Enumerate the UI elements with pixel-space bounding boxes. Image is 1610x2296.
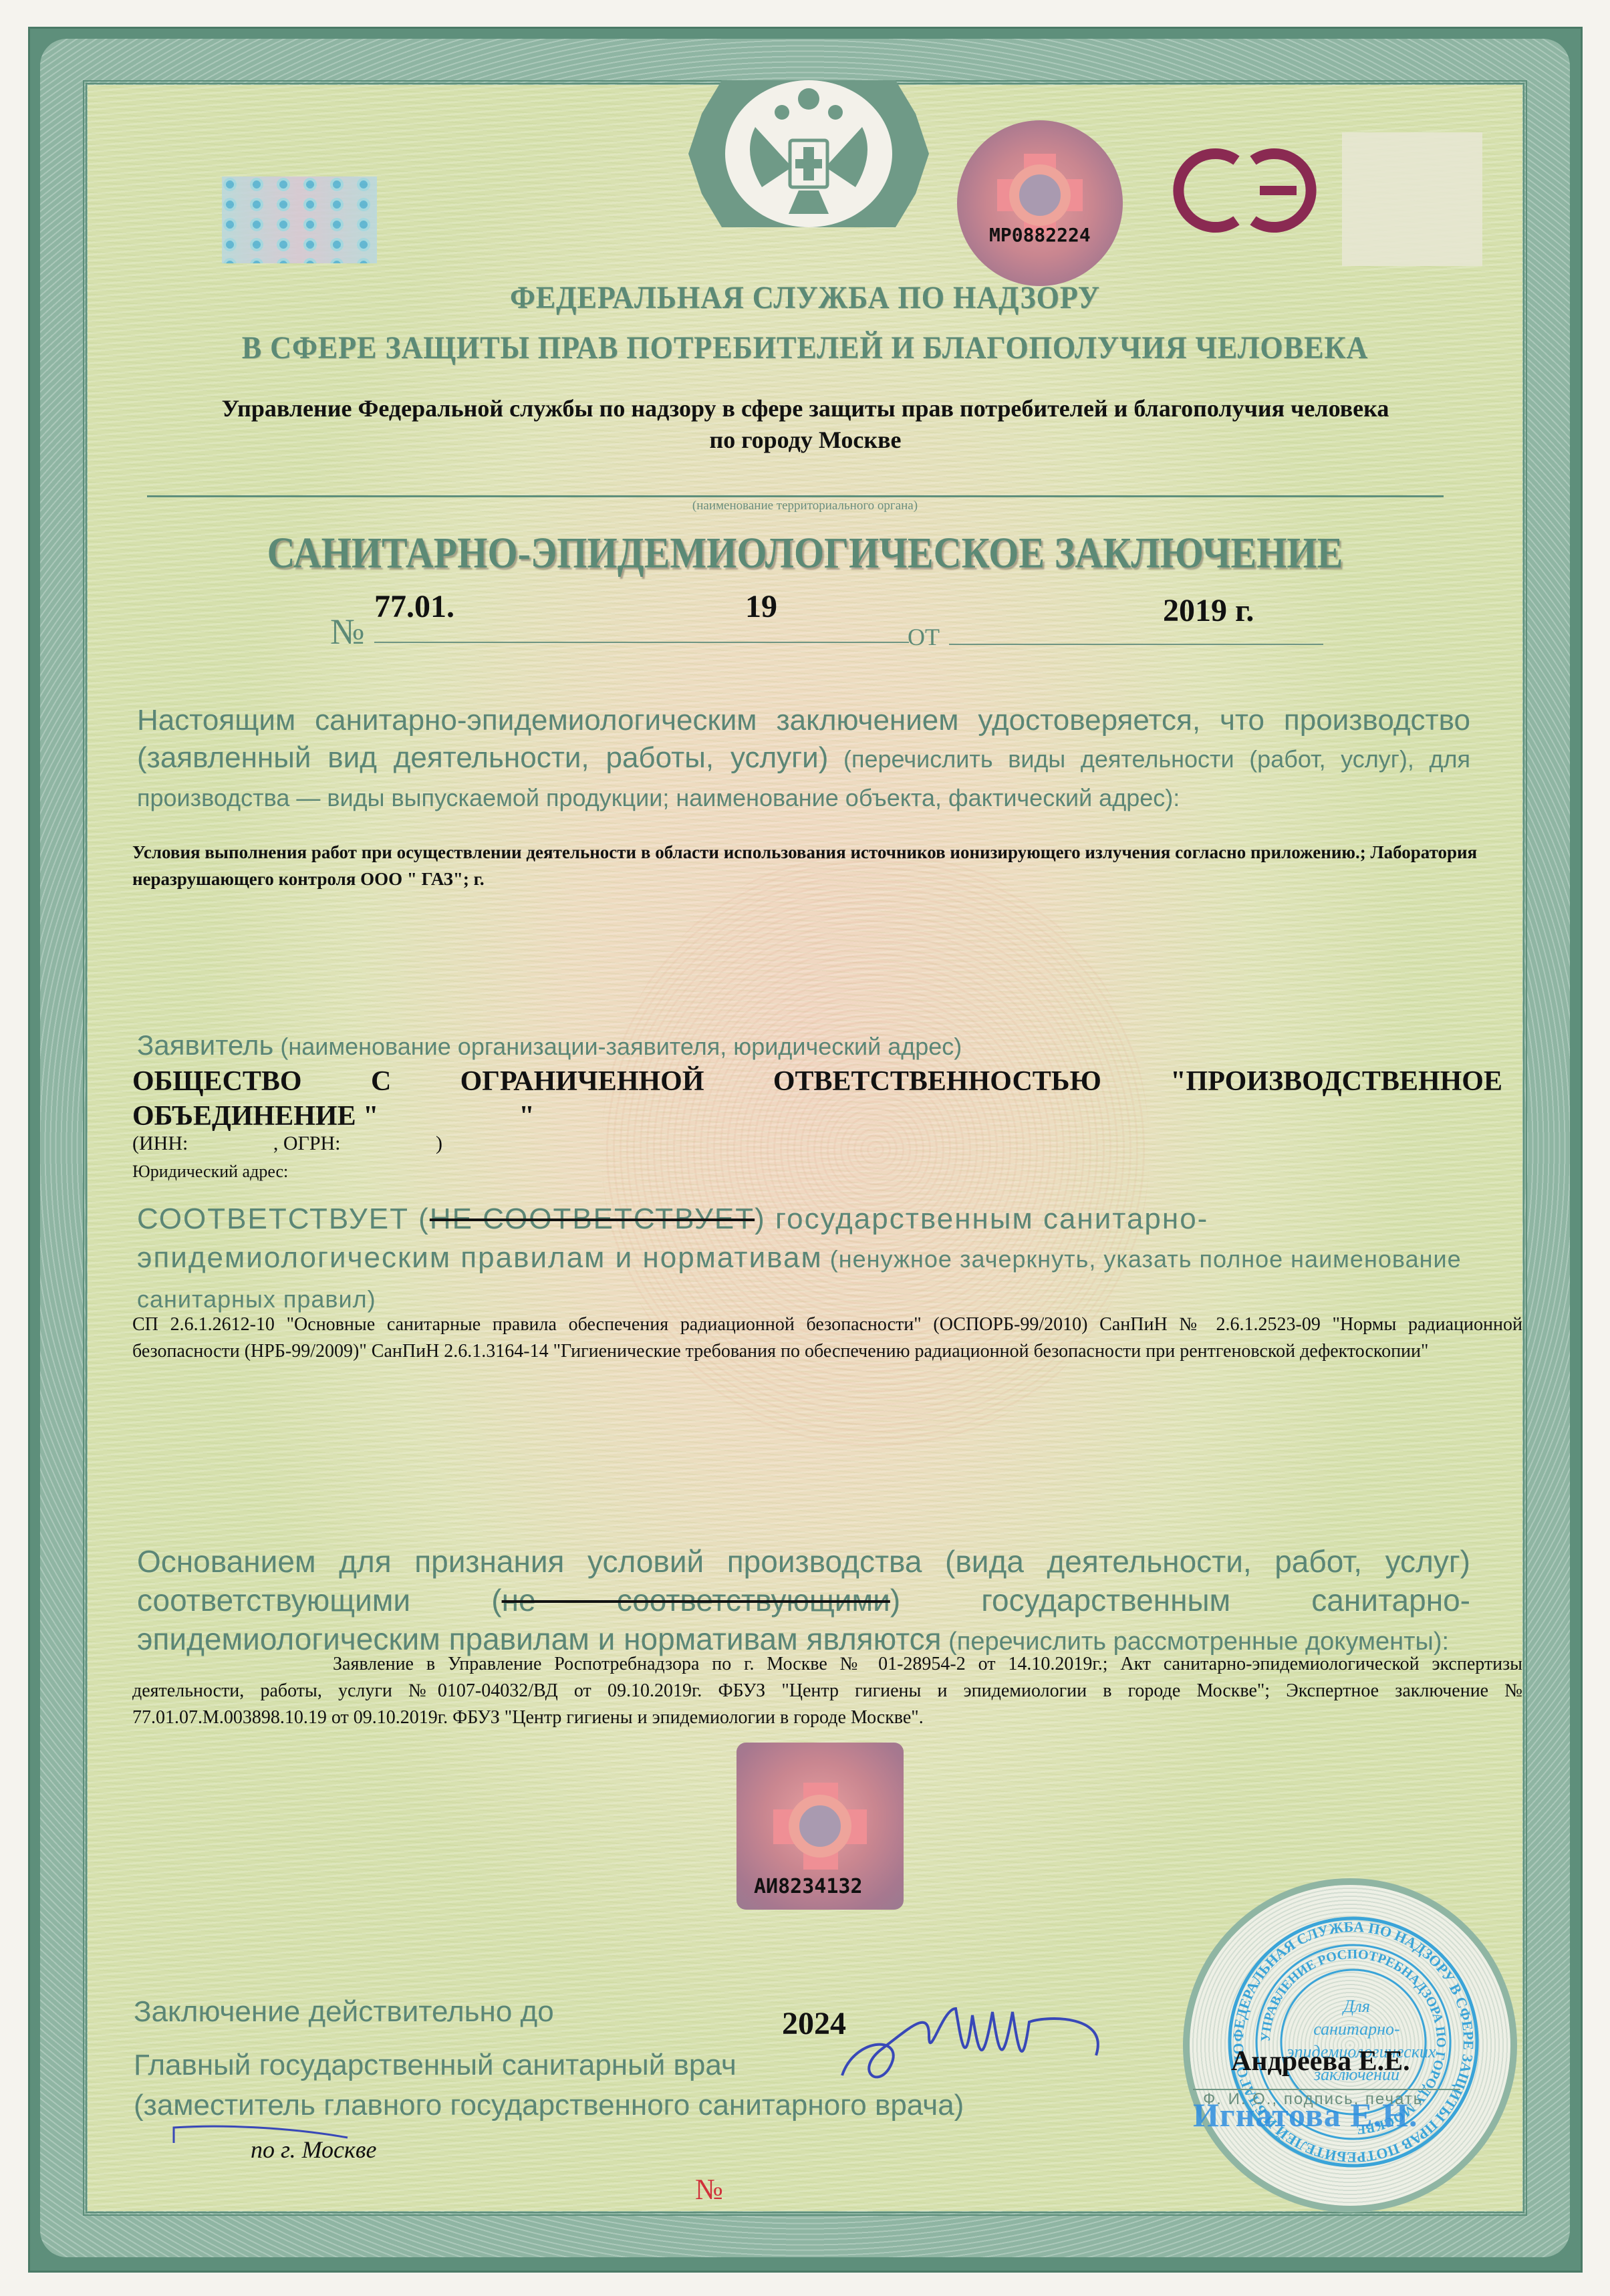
basis-struck: не соответствующими [502,1583,890,1618]
hologram-serial-top: МР0882224 [989,224,1091,246]
double-headed-eagle-emblem-icon [675,53,942,254]
form-number-sign: № [695,2172,723,2206]
compliance-paragraph: СООТВЕТСТВУЕТ (НЕ СООТВЕТСТВУЕТ) государ… [137,1200,1470,1319]
activities-text: Условия выполнения работ при осуществлен… [132,839,1522,892]
inn-ogrn-line: (ИНН: , ОГРН: ) [132,1132,442,1155]
signer-name: Андреева Е.Е. [1231,2045,1410,2077]
stamp-name: Игнатова Е.Н. [1193,2095,1418,2134]
stamp-center-line: Для [1287,1995,1427,2018]
applicant-hint: (наименование организации-заявителя, юри… [273,1033,962,1060]
applicant-label: Заявитель [137,1029,273,1061]
handwritten-signature-icon [829,1995,1123,2095]
number-prefix: 77.01. [374,588,454,625]
territorial-body-rule [147,495,1444,497]
hologram-serial-bottom: АИ8234132 [754,1875,863,1898]
se-logo-icon [1173,147,1327,234]
basis-documents-text: Заявление в Управление Роспотребнадзора … [132,1654,1522,1728]
signatory-title-line1: Главный государственный санитарный врач [134,2049,736,2082]
basis-documents: Заявление в Управление Роспотребнадзора … [132,1651,1522,1731]
territorial-body-line2: по городу Москве [120,424,1490,456]
date-underline [949,644,1323,645]
agency-heading-line2: В СФЕРЕ ЗАЩИТЫ ПРАВ ПОТРЕБИТЕЛЕЙ И БЛАГО… [64,330,1545,366]
applicant-name-line2: ОБЪЕДИНЕНИЕ " " [132,1099,1502,1134]
number-suffix: 19 [745,588,777,625]
number-underline [374,642,909,643]
agency-heading-line1: ФЕДЕРАЛЬНАЯ СЛУЖБА ПО НАДЗОРУ [64,279,1545,316]
sanitary-norms-text: СП 2.6.1.2612-10 "Основные санитарные пр… [132,1311,1522,1365]
basis-paragraph: Основанием для признания условий произво… [137,1542,1470,1661]
not-complies-struck: НЕ СООТВЕТСТВУЕТ [430,1202,755,1235]
applicant-name: ОБЩЕСТВО С ОГРАНИЧЕННОЙ ОТВЕТСТВЕННОСТЬЮ… [132,1064,1502,1134]
validity-label: Заключение действительно до [134,1995,554,2029]
number-sign: № [330,611,365,652]
signatory-city: по г. Москве [251,2136,376,2164]
applicant-name-line1: ОБЩЕСТВО С ОГРАНИЧЕННОЙ ОТВЕТСТВЕННОСТЬЮ… [132,1064,1502,1099]
legal-address-label: Юридический адрес: [132,1162,288,1182]
document-title: САНИТАРНО-ЭПИДЕМИОЛОГИЧЕСКОЕ ЗАКЛЮЧЕНИЕ [97,528,1514,579]
rospotrebnadzor-hologram-round-icon [957,120,1123,286]
stamp-center-line: санитарно- [1287,2018,1427,2041]
certificate-number-row: № 77.01. 19 ОТ 2019 г. [0,588,1610,648]
intro-paragraph: Настоящим санитарно-эпидемиологическим з… [137,702,1470,817]
territorial-body-line1: Управление Федеральной службы по надзору… [120,392,1490,424]
date-label: ОТ [908,623,940,651]
blank-photo-area [1342,132,1482,266]
complies-text: СООТВЕТСТВУЕТ ( [137,1202,430,1235]
territorial-body-caption: (наименование территориального органа) [0,499,1610,513]
issue-date: 2019 г. [1163,592,1254,629]
hologram-strip-icon [222,176,377,263]
applicant-label-row: Заявитель (наименование организации-заяв… [137,1029,1470,1061]
